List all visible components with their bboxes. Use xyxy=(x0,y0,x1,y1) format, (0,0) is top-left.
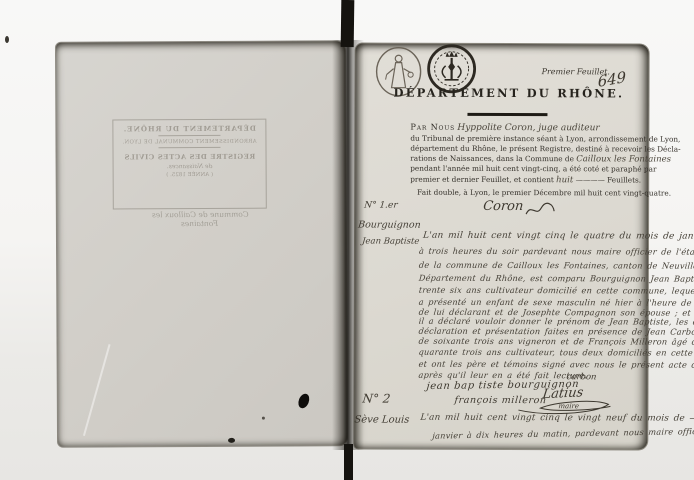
left-page: DÉPARTEMENT DU RHÔNE. ARRONDISSEMENT COM… xyxy=(55,40,348,448)
act2-margin-number: N° 2 xyxy=(362,392,391,406)
act1-margin-surname: Bourguignon xyxy=(358,220,422,231)
scan-background: DÉPARTEMENT DU RHÔNE. ARRONDISSEMENT COM… xyxy=(0,0,694,480)
coron-paraph-flourish xyxy=(523,201,557,219)
act1-line: L'an mil huit cent vingt cinq le quatre … xyxy=(423,231,694,242)
registre-line-6-end: Feuillets. xyxy=(607,175,641,184)
page-crease xyxy=(83,344,111,436)
bleed-through-cachet: DÉPARTEMENT DU RHÔNE. ARRONDISSEMENT COM… xyxy=(112,119,266,210)
registre-line-3: département du Rhône, le présent Registr… xyxy=(410,144,680,154)
commune-name-handwritten: Cailloux les Fontaines xyxy=(576,154,671,164)
registre-line-4-printed: rations de Naissances, dans la Commune d… xyxy=(410,154,574,164)
coron-signature: Coron xyxy=(482,199,524,214)
judge-name-handwritten: Hyppolite Coron, juge auditeur xyxy=(457,123,599,133)
ink-blot-bottom xyxy=(228,438,235,443)
act1-margin-number: N° 1.er xyxy=(364,201,398,211)
act1-line: trente six ans cultivateur domicilié en … xyxy=(418,285,694,296)
spine-top xyxy=(341,0,355,47)
cachet-arrondissement: ARRONDISSEMENT COMMUNAL DE LYON. xyxy=(113,139,265,146)
act1-line: Département du Rhône, est comparu Bourgu… xyxy=(418,273,694,284)
mayor-title-word: maire xyxy=(558,402,579,410)
scan-speck xyxy=(5,36,9,43)
act1-line: à trois heures du soir pardevant nous ma… xyxy=(419,246,694,257)
spine-bottom xyxy=(344,444,353,480)
fait-double-line: Fait double, à Lyon, le premier Décembre… xyxy=(417,188,671,198)
act1-line: quarante trois ans cultivateur, tous deu… xyxy=(418,347,694,358)
feuillet-count-handwritten: huit xyxy=(556,175,573,185)
registre-line-5: pendant l'année mil huit cent vingt-cinq… xyxy=(410,164,656,174)
registre-line-1: Par Nous Hyppolite Coron, juge auditeur xyxy=(410,123,599,134)
ink-speck xyxy=(262,417,265,420)
cachet-annee: ( ANNÉE 1825. ) xyxy=(114,172,266,179)
act2-line: L'an mil huit cent vingt cinq le vingt n… xyxy=(420,413,694,424)
registre-line-2: du Tribunal de première instance séant à… xyxy=(410,134,680,144)
act1-margin-firstname: Jean Baptiste xyxy=(362,237,420,247)
title-rule xyxy=(467,113,547,116)
registre-line-6-dash: ———— xyxy=(576,175,605,184)
act2-line: janvier à dix heures du matin, pardevant… xyxy=(432,426,694,441)
act1-line: de la commune de Cailloux les Fontaines,… xyxy=(418,260,694,271)
cachet-rule xyxy=(158,135,220,136)
registre-line-6-printed: premier et dernier Feuillet, et contient xyxy=(410,175,554,185)
right-page: Premier Feuillet. 649 DÉPARTEMENT DU RHÔ… xyxy=(353,42,649,450)
cachet-title: DÉPARTEMENT DU RHÔNE. xyxy=(113,124,265,134)
cachet-naissances: de Naissances. xyxy=(114,163,266,171)
registre-line-6: premier et dernier Feuillet, et contient… xyxy=(410,175,641,186)
ink-blot xyxy=(296,392,311,410)
book-gutter-shadow xyxy=(332,40,364,450)
cachet-registre: REGISTRE DES ACTES CIVILS xyxy=(114,153,266,162)
par-nous-label: Par Nous xyxy=(410,122,455,132)
page-title: DÉPARTEMENT DU RHÔNE. xyxy=(394,86,618,101)
cachet-rule xyxy=(158,147,220,148)
bleed-through-script: Commune de Cailloux les Fontaines xyxy=(134,210,265,229)
act1-line: de soixante trois ans vigneron et de Fra… xyxy=(418,336,694,347)
act1-line: et ont les père et témoins signé avec no… xyxy=(418,359,694,370)
